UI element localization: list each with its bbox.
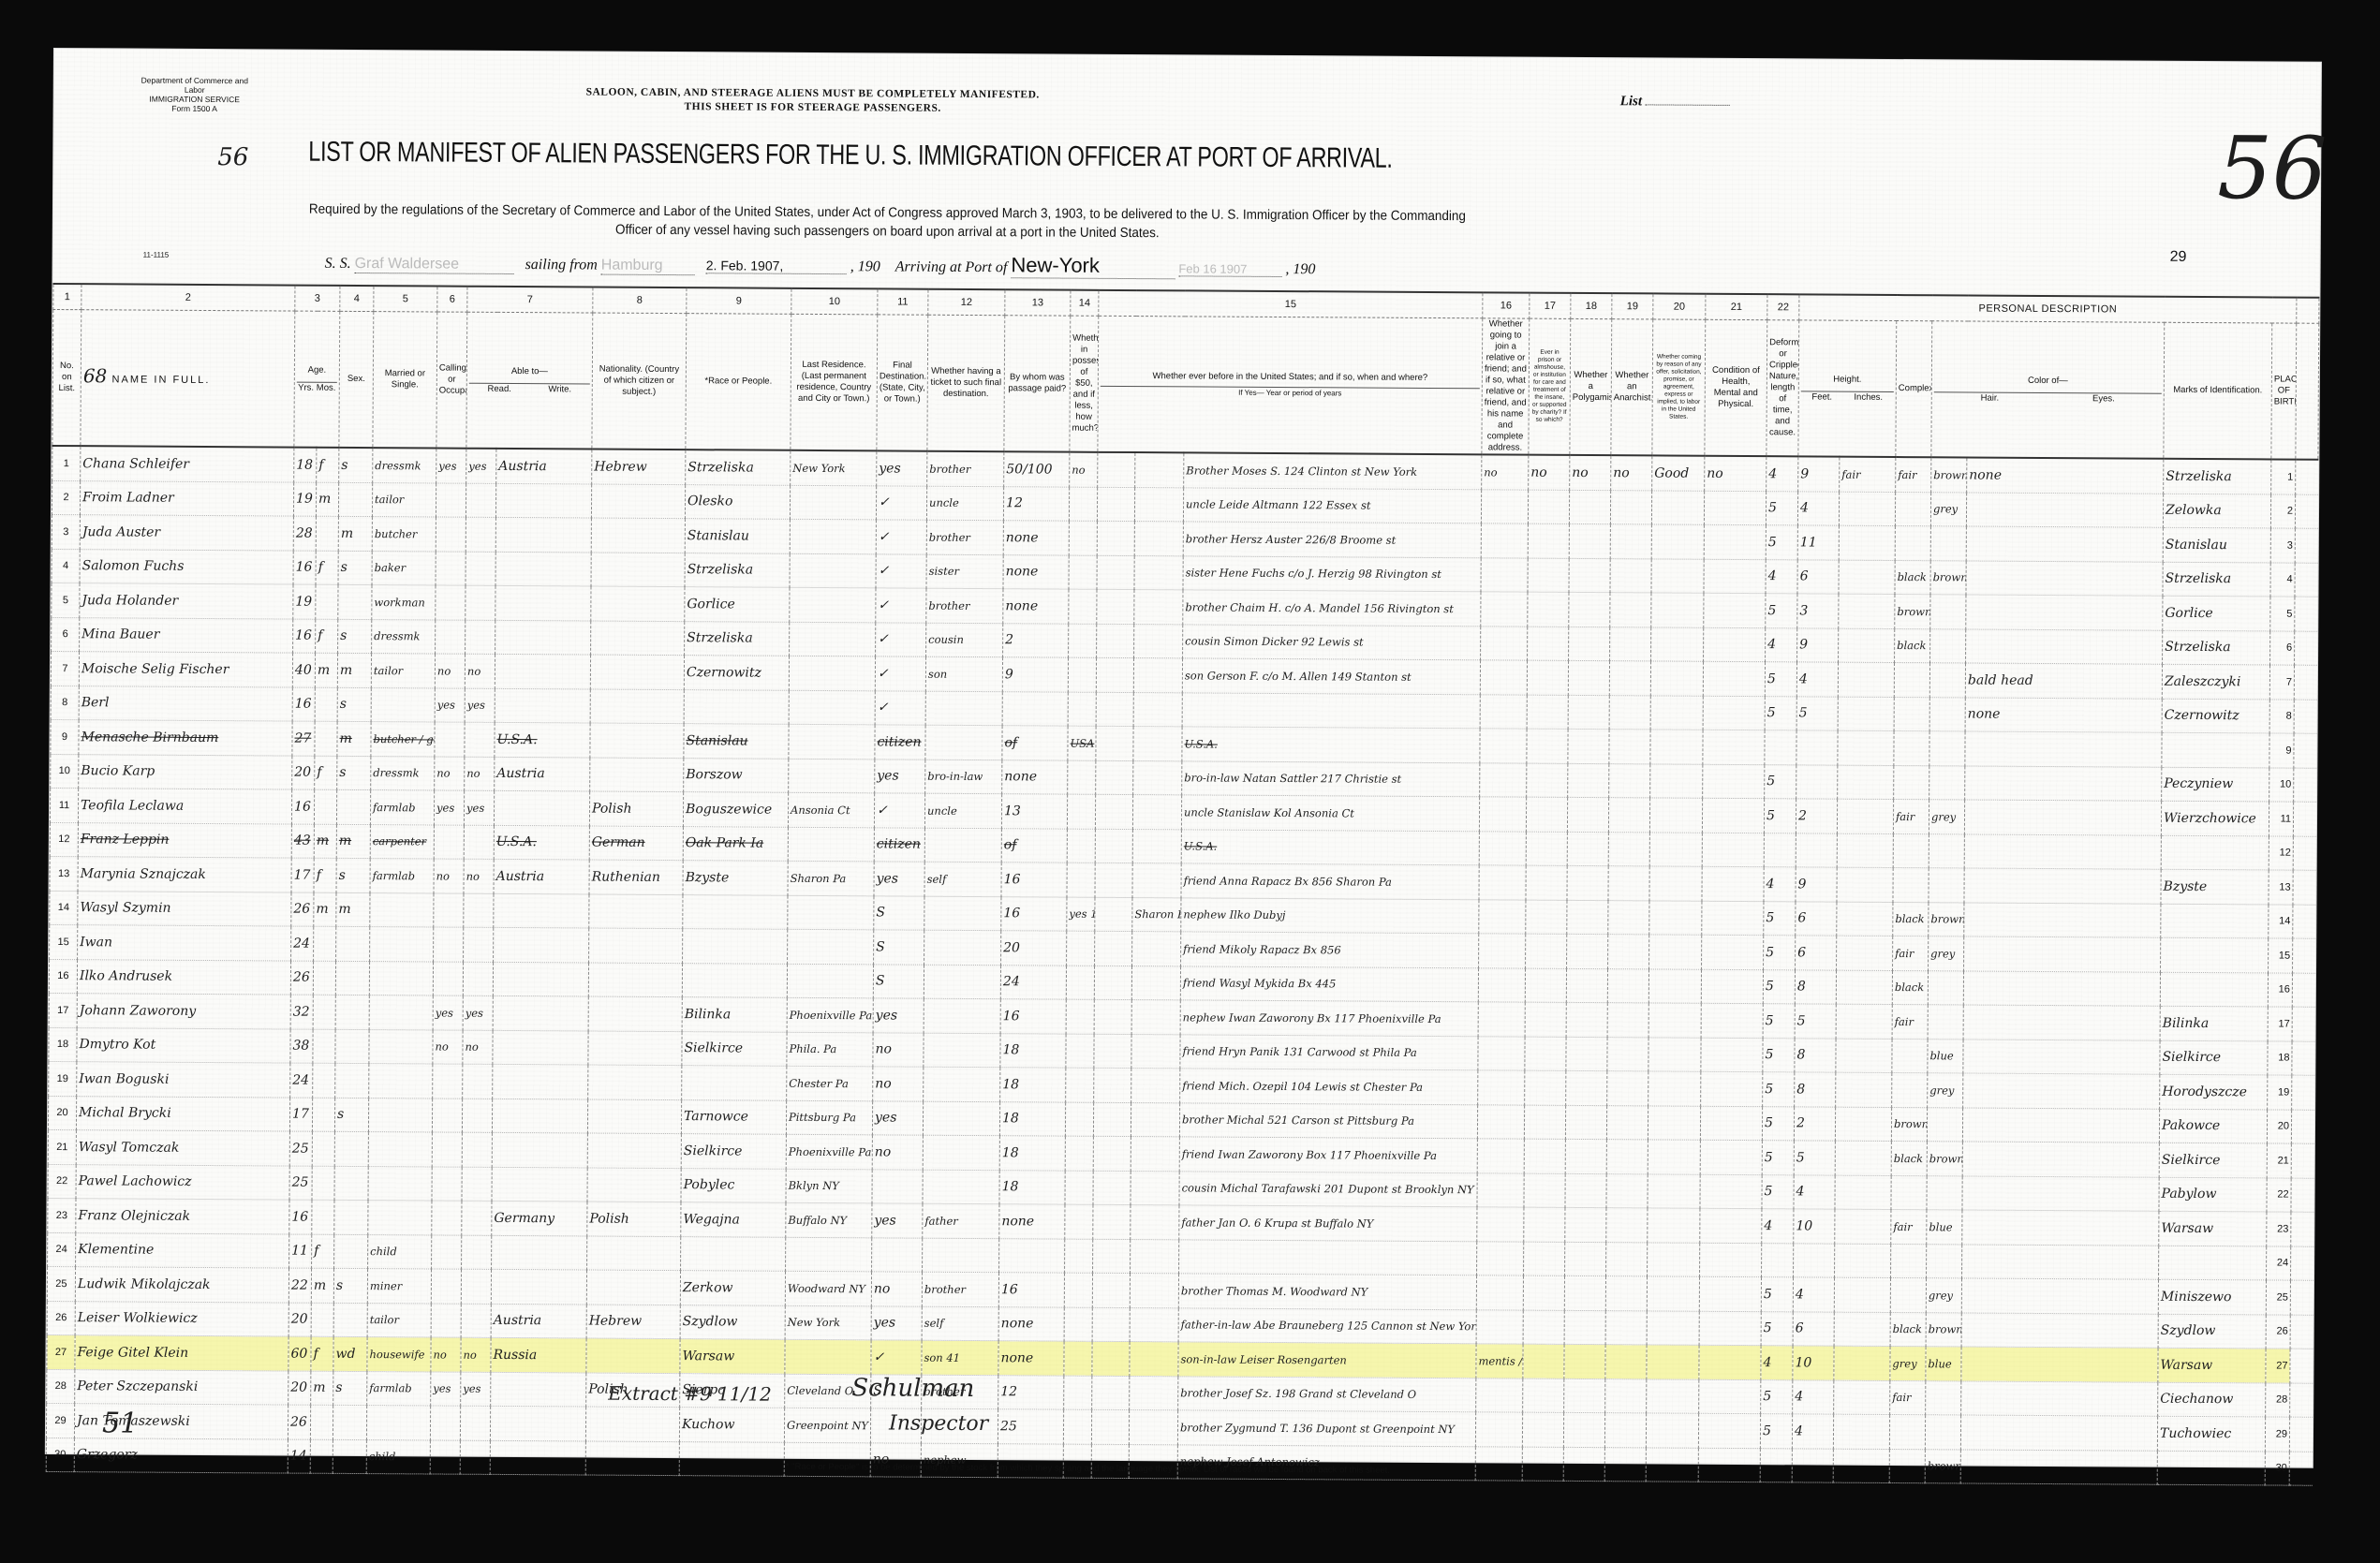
cell-where <box>1131 1137 1179 1172</box>
cell-marks <box>1966 628 2163 664</box>
cell-age: 40 <box>292 653 315 687</box>
department-label: Department of Commerce and Labor IMMIGRA… <box>134 76 256 114</box>
cell-c17 <box>1476 1275 1523 1310</box>
cell-name: Chana Schleifer <box>81 446 294 481</box>
cell-nat: U.S.A. <box>495 722 590 757</box>
cell-no: 4 <box>52 549 80 583</box>
cell-c21 <box>1648 1140 1700 1174</box>
cell-birth <box>2161 835 2269 870</box>
cell-y <box>1092 1273 1130 1307</box>
cell-name: Ludwik Mikolajczak <box>75 1267 288 1303</box>
cell-where <box>1134 624 1183 658</box>
cell-nat: Russia <box>491 1337 586 1372</box>
cell-nat <box>494 927 589 962</box>
cell-marks <box>1966 560 2163 596</box>
cell-in: 6 <box>1796 936 1837 970</box>
cell-money: none <box>1003 589 1069 624</box>
cell-c17 <box>1479 934 1526 968</box>
cell-c20 <box>1609 730 1650 764</box>
cell-where: Sharon Pa <box>1132 897 1181 932</box>
cell-eyes <box>1927 1107 1962 1142</box>
cell-money: 18 <box>1000 1033 1066 1068</box>
cell-c18 <box>1527 763 1568 798</box>
cell-write <box>462 1132 492 1167</box>
cell-in: 2 <box>1796 799 1837 833</box>
cell-ms: m <box>337 721 371 756</box>
cell-occ: farmlab <box>370 859 434 893</box>
cell-dest <box>787 964 873 998</box>
cell-ft <box>1765 730 1796 765</box>
cell-marks <box>1963 1005 2160 1040</box>
col-passage-paid: By whom was passage paid? <box>1004 316 1071 452</box>
cell-name: Johann Zaworony <box>77 994 290 1029</box>
col-occupation: Calling or Occupation. <box>436 312 467 449</box>
col-ticket: Whether having a ticket to such final de… <box>927 315 1005 451</box>
cell-read: yes <box>435 687 465 722</box>
cell-c18 <box>1526 900 1567 935</box>
cell-marks <box>1961 1278 2158 1314</box>
cell-y <box>1097 624 1134 658</box>
cell-c18: no <box>1529 455 1570 490</box>
cell-comp <box>1834 1346 1890 1380</box>
cell-comp <box>1838 765 1894 800</box>
cell-ft: 4 <box>1766 559 1797 594</box>
cell-birth: Warsaw <box>2158 1348 2266 1382</box>
cell-read: yes <box>434 790 464 825</box>
cell-c20 <box>1606 1140 1648 1174</box>
cell-age: 60 <box>288 1336 311 1371</box>
cell-occ: miner <box>367 1269 431 1304</box>
col-color-of: Color of—Hair.Eyes. <box>1931 321 2165 459</box>
cell-y <box>1094 1068 1131 1102</box>
cell-c21 <box>1648 1071 1701 1106</box>
cell-c17 <box>1481 592 1528 627</box>
cell-nat <box>492 1132 587 1167</box>
cell-nat <box>494 790 589 825</box>
cell-write <box>460 1406 490 1440</box>
cell-c20 <box>1607 1037 1648 1071</box>
cell-dest <box>790 553 876 588</box>
cell-eyes: brown <box>1927 1142 1962 1176</box>
cell-no: 2 <box>2270 494 2295 528</box>
cell-c17 <box>1480 660 1527 695</box>
manifest-sheet: Department of Commerce and Labor IMMIGRA… <box>46 49 2321 1467</box>
cell-join: friend Mich. Ozepil 104 Lewis st Chester… <box>1180 1069 1478 1104</box>
cell-name: Iwan Boguski <box>77 1062 290 1098</box>
cell-birth: Warsaw <box>2159 1211 2267 1246</box>
cell-eyes <box>1929 868 1964 903</box>
cell-c22 <box>1704 491 1766 525</box>
cell-ms <box>335 995 369 1029</box>
cell-before <box>1068 760 1096 795</box>
cell-name: Bucio Karp <box>79 754 292 789</box>
cell-no: 3 <box>52 514 80 549</box>
cell-birth: Wierzchowice <box>2161 801 2269 835</box>
cell-eyes <box>1927 1175 1962 1210</box>
cell-age: 25 <box>289 1131 312 1166</box>
inspector-title: Inspector <box>889 1411 988 1436</box>
cell-no: 10 <box>2269 767 2294 802</box>
cell-y <box>1092 1341 1130 1376</box>
cell-c22 <box>1703 730 1765 764</box>
cell-eyes <box>1930 628 1966 663</box>
cell-dest: Phila. Pa <box>787 1032 873 1067</box>
margin-mark: 51 <box>102 1407 138 1439</box>
cell-race <box>587 1099 681 1134</box>
cell-c18 <box>1525 968 1566 1003</box>
cell-c18 <box>1524 1173 1565 1208</box>
col-complexion: Complexion. <box>1896 321 1932 458</box>
cell-res: Bzyste <box>683 861 788 895</box>
cell-c19 <box>1567 865 1608 900</box>
cell-c22 <box>1701 1071 1763 1106</box>
cell-money: 2 <box>1003 623 1069 657</box>
cell-before: no <box>1070 452 1098 487</box>
cell-write <box>462 1099 492 1133</box>
cell-write: no <box>465 654 495 688</box>
cell-eyes <box>1925 1415 1960 1450</box>
cell-hair: black <box>1895 560 1930 595</box>
cell-read <box>436 585 466 620</box>
cell-c20: no <box>1611 455 1652 490</box>
cell-age: 20 <box>288 1371 311 1406</box>
cell-paid: bro-in-law <box>925 759 1002 794</box>
cell-birth: Pabylow <box>2159 1177 2267 1212</box>
col-health: Condition of Health, Mental and Physical… <box>1705 319 1767 456</box>
cell-read <box>434 927 464 962</box>
cell-c19 <box>1569 523 1610 558</box>
cell-where <box>1134 555 1183 590</box>
cell-eyes <box>1930 595 1966 629</box>
cell-dest: Ansonia Ct <box>788 792 874 827</box>
cell-race <box>590 758 684 792</box>
cell-where <box>1133 692 1182 727</box>
cell-birth: Ciechanow <box>2158 1382 2266 1417</box>
cell-birth: Czernowitz <box>2162 699 2269 733</box>
cell-marks <box>1963 1039 2160 1074</box>
cell-name: Berl <box>79 686 292 721</box>
cell-write <box>461 1269 491 1304</box>
cell-no: 28 <box>2266 1382 2290 1417</box>
cell-sex: m <box>314 824 336 859</box>
cell-read: yes <box>436 448 466 482</box>
cell-ft: 5 <box>1766 491 1797 525</box>
cell-age: 19 <box>293 482 316 517</box>
cell-occ <box>368 1201 432 1235</box>
cell-read <box>436 517 466 552</box>
cell-comp <box>1834 1277 1890 1312</box>
cell-no: 25 <box>2266 1280 2290 1315</box>
cell-ticket: yes <box>872 1203 923 1238</box>
cell-where <box>1132 829 1181 863</box>
cell-where <box>1129 1410 1177 1445</box>
cell-name: Dmytro Kot <box>77 1027 290 1063</box>
cell-eyes <box>1929 731 1965 766</box>
col-race: *Race or People. <box>686 314 791 450</box>
cell-c19 <box>1567 832 1608 866</box>
cell-race <box>591 553 685 587</box>
cell-ft: 5 <box>1761 1311 1793 1346</box>
cell-marks <box>1964 868 2161 904</box>
cell-race <box>587 1133 681 1168</box>
cell-c18 <box>1527 695 1568 730</box>
cell-marks <box>1964 936 2161 972</box>
cell-name: Peter Szczepanski <box>75 1369 288 1405</box>
cell-ft: 5 <box>1763 1038 1795 1072</box>
cell-marks <box>1963 970 2160 1006</box>
cell-res: Gorlice <box>685 587 790 622</box>
cell-occ: workman <box>372 585 436 620</box>
cell-ms <box>333 1439 366 1474</box>
cell-write: no <box>461 1337 491 1372</box>
cell-join: friend Mikoly Rapacz Bx 856 <box>1181 932 1479 967</box>
cell-before <box>1069 624 1097 658</box>
cell-nat <box>495 517 591 552</box>
col-no-on-list: No. on List. <box>52 309 81 446</box>
cell-dest: New York <box>785 1305 871 1340</box>
cell-before: yes 1905/6 <box>1067 897 1095 932</box>
cell-eyes: grey <box>1929 936 1964 971</box>
cell-y <box>1097 521 1134 555</box>
cell-c21 <box>1648 1208 1700 1243</box>
cell-c22 <box>1704 524 1766 559</box>
cell-paid: brother <box>926 520 1003 554</box>
cell-join: U.S.A. <box>1182 727 1480 762</box>
cell-marks <box>1966 595 2163 630</box>
cell-race: German <box>589 826 683 861</box>
col-height: Height.Feet.Inches. <box>1798 320 1897 457</box>
cell-ms <box>336 926 370 961</box>
cell-no: 19 <box>2268 1075 2292 1110</box>
cell-join: uncle Leide Altmann 122 Essex st <box>1183 487 1481 523</box>
cell-y <box>1094 999 1131 1034</box>
cell-age: 22 <box>288 1268 311 1303</box>
cell-no: 19 <box>49 1061 77 1096</box>
cell-ft: 5 <box>1760 1414 1792 1449</box>
cell-no: 4 <box>2270 562 2295 597</box>
cell-hair: fair <box>1892 1005 1928 1040</box>
cell-comp <box>1834 1380 1890 1415</box>
cell-ft: 4 <box>1766 627 1797 662</box>
cell-birth: Stanislau <box>2163 527 2270 562</box>
cell-c19 <box>1566 968 1607 1003</box>
cell-c19 <box>1567 900 1608 935</box>
cell-y <box>1094 966 1131 1000</box>
cell-birth: Horodyszcze <box>2160 1074 2268 1109</box>
cell-hair <box>1894 731 1929 766</box>
cell-before <box>1064 1341 1092 1376</box>
cell-ft: 5 <box>1762 1174 1794 1209</box>
cell-write <box>463 1064 493 1099</box>
cell-dest: Bklyn NY <box>786 1169 872 1203</box>
cell-c19 <box>1569 558 1610 593</box>
cell-res: Strzeliska <box>686 450 791 485</box>
cell-c20 <box>1604 1447 1646 1482</box>
cell-paid <box>923 1170 999 1204</box>
cell-paid <box>924 1033 1000 1068</box>
cell-where <box>1131 1239 1179 1274</box>
cell-c21 <box>1648 1105 1700 1140</box>
cell-ms <box>335 1063 369 1098</box>
cell-c18 <box>1522 1447 1563 1482</box>
cell-before <box>1068 692 1096 727</box>
cell-dest <box>788 895 874 930</box>
cell-birth: Strzeliska <box>2163 562 2270 597</box>
cell-in: 5 <box>1796 696 1838 730</box>
cell-age: 25 <box>289 1166 312 1201</box>
cell-marks: bald head <box>1965 663 2162 699</box>
cell-hair <box>1889 1414 1925 1449</box>
cell-eyes <box>1929 765 1965 800</box>
cell-name: Pawel Lachowicz <box>76 1164 289 1200</box>
cell-ticket: no <box>872 1135 923 1170</box>
page-number-right: 56 <box>2217 118 2328 219</box>
cell-no: 13 <box>2269 870 2293 905</box>
cell-write <box>462 1235 492 1270</box>
cell-join: friend Wasyl Mykida Bx 445 <box>1180 966 1478 1001</box>
cell-money: 20 <box>1001 931 1067 966</box>
cell-in: 9 <box>1798 456 1840 491</box>
cell-ticket: yes <box>875 759 925 793</box>
cell-c20 <box>1607 1071 1648 1106</box>
cell-c19 <box>1568 763 1609 798</box>
cell-ms: m <box>338 516 372 551</box>
cell-occ <box>366 1406 430 1440</box>
cell-c20 <box>1604 1413 1646 1448</box>
cell-y <box>1095 931 1132 966</box>
cell-no: 11 <box>2269 802 2293 836</box>
cell-occ: butcher <box>372 517 436 552</box>
cell-join: son-in-law Leiser Rosengarten <box>1178 1342 1476 1378</box>
cell-ms: s <box>339 448 373 482</box>
cell-res <box>683 894 788 929</box>
cell-write <box>463 962 493 996</box>
cell-nat <box>492 1099 587 1133</box>
cell-sex <box>312 1166 334 1201</box>
cell-ft: 5 <box>1763 1072 1795 1107</box>
cell-sex <box>316 516 338 551</box>
cell-ms <box>334 1166 368 1201</box>
cell-res: Boguszewice <box>683 792 788 827</box>
cell-c17 <box>1477 1172 1524 1207</box>
cell-y <box>1093 1239 1131 1274</box>
cell-sex: m <box>314 892 336 927</box>
cell-ft: 5 <box>1766 594 1797 628</box>
cell-no: 6 <box>52 617 80 652</box>
cell-sex <box>312 1200 334 1234</box>
cell-birth <box>2157 1451 2265 1485</box>
cell-c18 <box>1524 1139 1565 1173</box>
cell-paid: brother <box>926 588 1003 623</box>
cell-no: 15 <box>50 924 78 959</box>
cell-no: 24 <box>2267 1246 2291 1280</box>
cell-birth <box>2160 972 2268 1007</box>
cell-sex <box>313 1063 335 1098</box>
cell-write: yes <box>463 995 493 1030</box>
cell-no: 3 <box>2270 528 2295 563</box>
cell-name: Klementine <box>76 1232 289 1268</box>
cell-c17 <box>1477 1104 1524 1139</box>
cell-before <box>1069 589 1097 624</box>
cell-paid: brother <box>922 1272 998 1306</box>
cell-c20 <box>1606 1208 1648 1243</box>
cell-dest <box>789 656 875 690</box>
cell-res: Wegajna <box>681 1202 786 1237</box>
cell-age: 26 <box>288 1405 310 1439</box>
cell-ms: s <box>333 1268 367 1303</box>
cell-in: 6 <box>1797 559 1839 594</box>
cell-y <box>1097 555 1134 590</box>
cell-ft <box>1760 1448 1792 1482</box>
cell-in: 10 <box>1794 1209 1835 1244</box>
cell-in: 6 <box>1793 1311 1834 1346</box>
cell-marks <box>1960 1449 2157 1484</box>
cell-eyes <box>1929 697 1965 731</box>
cell-nat <box>493 962 588 996</box>
cell-money: 18 <box>999 1170 1065 1204</box>
cell-ticket <box>872 1169 923 1203</box>
cell-c19 <box>1565 1173 1606 1208</box>
cell-c20 <box>1606 1173 1648 1208</box>
cell-join: cousin Michal Tarafawski 201 Dupont st B… <box>1179 1171 1477 1206</box>
cell-before <box>1067 931 1095 966</box>
cell-c21 <box>1647 1276 1699 1311</box>
cell-money: 12 <box>1003 486 1069 521</box>
cell-no: 1 <box>52 446 81 480</box>
cell-no: 5 <box>52 582 80 617</box>
cell-c20 <box>1608 935 1649 969</box>
cell-c20 <box>1605 1310 1647 1345</box>
cell-race <box>591 586 685 621</box>
cell-ticket: citizen <box>874 827 924 862</box>
cell-y <box>1098 452 1135 487</box>
cell-ticket: no <box>871 1272 922 1306</box>
cell-write <box>466 517 495 552</box>
cell-ft: 5 <box>1765 662 1796 697</box>
cell-ms: s <box>337 687 371 722</box>
cell-race: Polish <box>587 1202 681 1236</box>
cell-money: none <box>999 1204 1065 1239</box>
cell-write <box>462 1201 492 1235</box>
cell-race <box>588 963 682 997</box>
cell-comp <box>1835 1141 1891 1175</box>
cell-no: 23 <box>2267 1212 2291 1246</box>
cell-marks <box>1964 902 2161 937</box>
cell-c18 <box>1527 729 1568 763</box>
cell-ticket: S <box>874 930 924 965</box>
cell-marks <box>1963 1073 2160 1109</box>
cell-c17 <box>1480 762 1527 797</box>
requirement-text: Required by the regulations of the Secre… <box>147 199 1628 246</box>
cell-occ <box>369 995 433 1030</box>
cell-eyes <box>1926 1380 1961 1415</box>
cell-age: 27 <box>292 721 315 756</box>
cell-c19: no <box>1570 455 1611 490</box>
cell-hair <box>1892 1039 1928 1073</box>
cell-c22 <box>1701 1003 1763 1038</box>
cell-marks <box>1962 1142 2159 1177</box>
cell-ft: 5 <box>1765 696 1796 730</box>
cell-no: 14 <box>50 891 78 925</box>
cell-c19 <box>1564 1275 1605 1310</box>
cell-no: 30 <box>2265 1451 2289 1485</box>
cell-occ: tailor <box>367 1303 431 1337</box>
cell-c17 <box>1479 831 1526 865</box>
arrival-date: Feb 16 1907 <box>1178 261 1281 277</box>
cell-sex: f <box>311 1336 333 1371</box>
cell-age: 16 <box>293 619 316 654</box>
cell-birth: Tuchowiec <box>2157 1416 2265 1451</box>
